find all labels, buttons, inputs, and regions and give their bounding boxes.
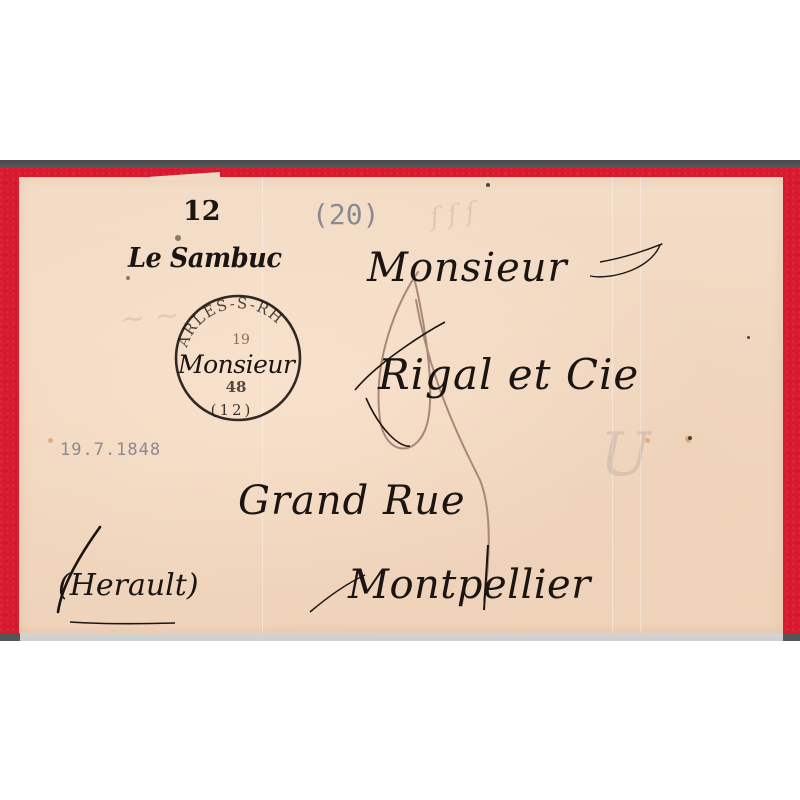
ink-overlay: ARLES-S-RH 19 48 (12) — [0, 0, 800, 800]
salutation-small: Monsieur — [178, 350, 294, 379]
stamp-year: 48 — [226, 378, 247, 396]
cancel-number: 12 — [183, 196, 221, 227]
svg-text:ARLES-S-RH: ARLES-S-RH — [173, 294, 287, 350]
pencil-date: 19.7.1848 — [60, 440, 161, 460]
stamp-town: ARLES-S-RH — [173, 294, 287, 350]
address-department: (Herault) — [58, 568, 199, 603]
herault-underline — [70, 622, 175, 624]
crayon-tax-mark-2 — [379, 272, 489, 600]
address-line4: Montpellier — [348, 562, 591, 608]
cancel-place: Le Sambuc — [128, 243, 281, 274]
address-line3: Grand Rue — [238, 478, 466, 524]
address-line1: Monsieur — [367, 245, 568, 291]
address-line2: Rigal et Cie — [378, 350, 639, 399]
stamp-department: (12) — [211, 401, 254, 419]
pencil-catalogue-number: (20) — [312, 198, 379, 231]
flourish — [590, 244, 662, 277]
stamp-day: 19 — [232, 332, 250, 348]
